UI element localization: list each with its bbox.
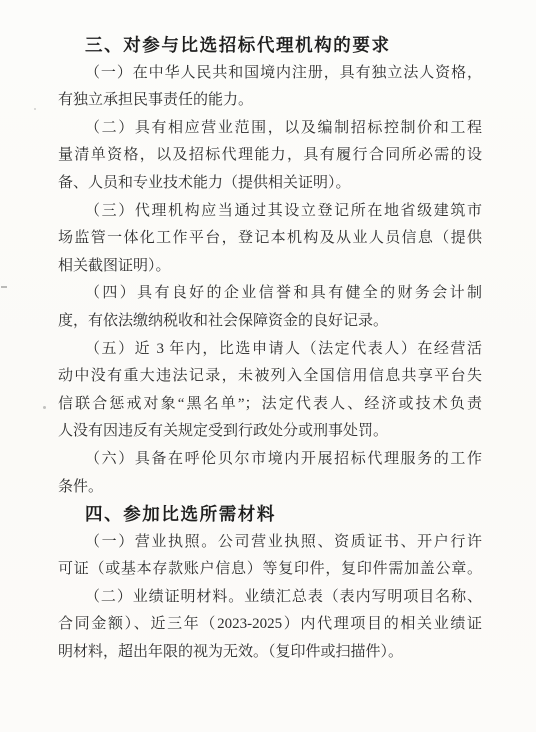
scan-artifact (1, 286, 7, 288)
section-heading: 三、对参与比选招标代理机构的要求 (58, 32, 482, 60)
document-text-line: （四）具有良好的企业信誉和具有健全的财务会计制 (58, 280, 482, 308)
document-text-line: 相关截图证明）。 (58, 253, 482, 281)
document-text-line: （五）近 3 年内，比选申请人（法定代表人）在经营活 (58, 336, 482, 364)
document-text-line: 场监管一体化工作平台，登记本机构及从业人员信息（提供 (58, 225, 482, 253)
document-text-line: （一）在中华人民共和国境内注册，具有独立法人资格， (58, 60, 482, 88)
document-text-line: 信联合惩戒对象“黑名单”；法定代表人、经济或技术负责 (58, 391, 482, 419)
document-text-line: 可证（或基本存款账户信息）等复印件，复印件需加盖公章。 (58, 556, 482, 584)
section-heading: 四、参加比选所需材料 (58, 501, 482, 529)
document-text-line: 度，有依法缴纳税收和社会保障资金的良好记录。 (58, 308, 482, 336)
document-text-line: 人没有因违反有关规定受到行政处分或刑事处罚。 (58, 418, 482, 446)
document-text-line: 量清单资格，以及招标代理能力，具有履行合同所必需的设 (58, 142, 482, 170)
document-text-line: 动中没有重大违法记录，未被列入全国信用信息共享平台失 (58, 363, 482, 391)
document-text-line: （六）具备在呼伦贝尔市境内开展招标代理服务的工作 (58, 446, 482, 474)
document-text-line: （二）业绩证明材料。业绩汇总表（表内写明项目名称、 (58, 584, 482, 612)
text-block: 三、对参与比选招标代理机构的要求（一）在中华人民共和国境内注册，具有独立法人资格… (58, 32, 482, 667)
document-text-line: 明材料，超出年限的视为无效。（复印件或扫描件）。 (58, 639, 482, 667)
document-text-line: （二）具有相应营业范围，以及编制招标控制价和工程 (58, 115, 482, 143)
document-text-line: 合同金额）、近三年（2023-2025）内代理项目的相关业绩证 (58, 611, 482, 639)
document-text-line: （三）代理机构应当通过其设立登记所在地省级建筑市 (58, 198, 482, 226)
document-page: 三、对参与比选招标代理机构的要求（一）在中华人民共和国境内注册，具有独立法人资格… (0, 0, 536, 732)
scan-artifact (43, 406, 46, 409)
document-text-line: 备、人员和专业技术能力（提供相关证明）。 (58, 170, 482, 198)
document-text-line: 条件。 (58, 474, 482, 502)
scan-artifact (34, 108, 36, 110)
document-text-line: 有独立承担民事责任的能力。 (58, 87, 482, 115)
document-text-line: （一）营业执照。公司营业执照、资质证书、开户行许 (58, 529, 482, 557)
